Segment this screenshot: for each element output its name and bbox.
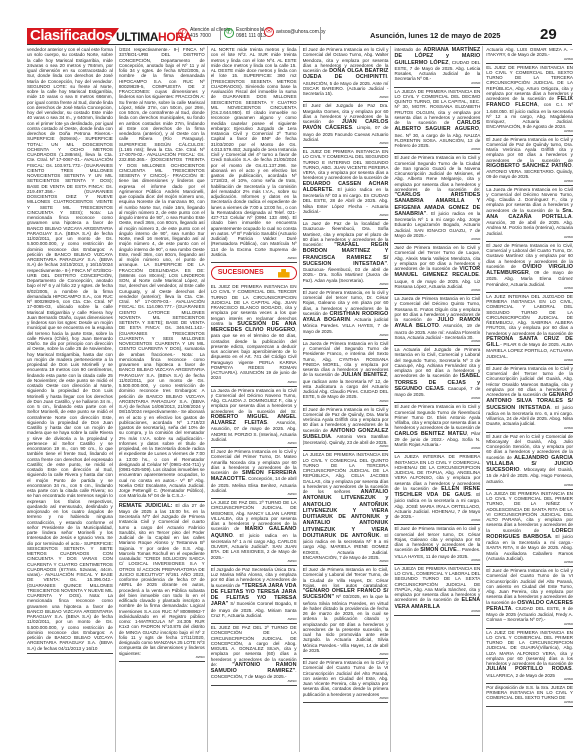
legal-notice: LA JUEZ INTERINA DEL JUZGADO DE PRIMERA … <box>486 293 573 365</box>
legal-notice: La Jueza de Primera Instancia en lo Civi… <box>303 340 389 406</box>
deceased-name: RIGOBERTO SÁNCHEZ PATIÑO <box>486 163 571 169</box>
notice-code: AVISO <box>486 359 573 362</box>
notice-text: LA JUEZA DE PRIMERA INSTANCIA EN LO CIVI… <box>303 452 389 494</box>
legal-notice: El Juez de Primera Instancia en lo Civil… <box>211 448 297 499</box>
notice-text: LA JUEZA DE PRIMERA INSTANCIA EN LO CIVI… <box>486 491 573 533</box>
notice-code: AVISO <box>486 561 573 564</box>
legal-notice: La Jueza de Primera Instancia en lo Civi… <box>394 295 480 346</box>
notice-code: AVISO <box>211 381 297 384</box>
notice-text: EL JUEZ DE PAZ DEL 2º TURNO DE CONCEPCIÓ… <box>211 625 297 667</box>
legal-notice: vendedor anterior y con el cual este for… <box>27 46 113 654</box>
legal-notice: El Juez de Paz en lo Civil y Comercial d… <box>486 433 573 490</box>
legal-notice: LA JUEZA DE PRIMERA INSTANCIA EN LO CIVI… <box>303 451 389 566</box>
notice-text: El Juez de Primera Instancia en lo Civil… <box>486 137 573 163</box>
issue-date: Asunción, lunes 12 de mayo de 2025 <box>370 31 500 40</box>
notice-code: AVISO <box>303 334 389 337</box>
legal-notice: El Juzgado de Paz Secretaría Única Dra. … <box>211 566 297 624</box>
column-3: AL NORTE mide treinta metros y linda con… <box>211 46 300 752</box>
legal-notice: REMATE JUDICIAL: El día 27 de Mayo de 20… <box>119 502 205 662</box>
legal-notice: /2024 respectivamente.- 9-) FINCA Nº 337… <box>119 46 205 502</box>
legal-notice: El Juez de Primera Instancia en lo Civil… <box>394 403 480 453</box>
notice-text: El Juez de Primera Instancia en lo Civil… <box>394 404 480 430</box>
notice-text: El día 27 de Mayo de 2025 a las 15:00 hs… <box>119 503 205 656</box>
legal-notice: El Juez de Primera Instancia en lo civil… <box>394 525 480 565</box>
notice-code: AVISO <box>303 445 389 448</box>
legal-notice: LA JUEZ DE PAZ DEL 2º TURNO DE LA CIRCUN… <box>211 499 297 566</box>
column-6: Actuario Abg. LUIS OSMAR MEZA A. – ITAKY… <box>486 46 575 752</box>
header-rule <box>27 44 572 45</box>
column-4: El Juez de Primera Instancia en lo Civil… <box>303 46 392 752</box>
notice-code: AVISO <box>211 560 297 563</box>
legal-notice: LA JUEZA DE PRIMERA INSTANCIA EN LO CIVI… <box>394 88 480 155</box>
notice-code: AVISO <box>486 287 573 290</box>
legal-notice: El Juez de Primera Instancia en lo Civil… <box>394 154 480 244</box>
notice-code: AVISO <box>486 58 573 61</box>
notice-code: AVISO <box>486 701 573 704</box>
legal-notice: EL JUEZ DE PRIMERA INSTANCIA EN LO CIVIL… <box>303 148 389 220</box>
notice-code: AVISO <box>394 148 480 151</box>
notice-code: AVISO <box>486 236 573 239</box>
legal-notice: El Juez de Primera Instancia en lo Civil… <box>303 406 389 452</box>
divider <box>260 27 261 40</box>
legal-notice: La Jueza de Primera Instancia en lo Civi… <box>486 186 573 242</box>
deceased-name: SIMON OLIVE <box>420 547 456 553</box>
notice-code: AVISO <box>394 82 480 85</box>
notice-code: AVISO <box>303 400 389 403</box>
legal-notice: LA JUEZA INTERINA DE PRIMERA INSTANCIA E… <box>394 453 480 525</box>
section-label: SUCESIONES <box>218 270 264 275</box>
deceased-name: JULIAN BENITEZ <box>341 372 387 378</box>
notice-text: LA JUEZ INTERINA DEL JUZGADO DE PRIMERA … <box>486 294 573 336</box>
notice-code: AVISO <box>303 96 389 99</box>
contact-email: ✉ avisos@uhora.com.py <box>264 27 326 37</box>
legal-notice: EL JUEZ DE PRIMERA INSTANCIA EN LO CIVIL… <box>486 64 573 136</box>
notice-code: AVISO <box>486 623 573 626</box>
notice-code: AVISO <box>211 257 297 260</box>
notice-text-tail: .- PILAR 6 de Mayo de 2025. ALBA MARIELA… <box>486 342 573 359</box>
notice-text: Por disposición de S.S. la Sra. JUEZA DE… <box>486 685 573 701</box>
notice-code: AVISO <box>394 289 480 292</box>
notice-text: intestado de <box>394 47 423 52</box>
legal-notice: El Juez de Primera Instancia en lo Civil… <box>486 136 573 186</box>
legal-notice: EL JUEZ DE PRIMERA INSTANCIA EN LO CIVIL… <box>211 283 297 387</box>
legal-notice: El Juez de Primera Instancia en lo Civil… <box>303 566 389 659</box>
whatsapp-icon: ✆ <box>224 28 234 38</box>
column-5: intestado de ADRIANA MARTÍNEZ DE LÓPEZ y… <box>394 46 483 752</box>
notice-code: AVISO <box>394 519 480 522</box>
notice-text: Actuario Abg. LUIS OSMAR MEZA A. – ITAKY… <box>486 47 573 57</box>
legal-notice: Juez de Primera Instancia en lo Civil y … <box>394 244 480 295</box>
legal-notice: Por disposición de S.S. la Sra. JUEZA DE… <box>486 684 573 707</box>
legal-notice: La Jueza de Primera Instancia en lo Civi… <box>211 387 297 449</box>
legal-notice: El Juez de Primera Instancia en lo Civil… <box>486 365 573 433</box>
legal-notice: La Juez de Paz de la localidad de Guazuc… <box>303 220 389 289</box>
notice-code: AVISO <box>303 214 389 217</box>
notice-code: AVISO <box>486 678 573 681</box>
notice-code: AVISO <box>486 180 573 183</box>
legal-notice: LA JUEZ DE PRIMERA INSTANCIA EN LO CIVIL… <box>486 629 573 684</box>
legal-notice: Actuario Abg. LUIS OSMAR MEZA A. – ITAKY… <box>486 46 573 64</box>
notice-text-tail: , para que se en el término de 60 días, … <box>211 327 297 380</box>
notice-code: AVISO <box>211 493 297 496</box>
notice-code: AVISO <box>394 238 480 241</box>
notice-code: AVISO <box>486 427 573 430</box>
page-header: Clasificados ULTIMAHORA ✆ Atención al cl… <box>0 0 580 42</box>
section-header-sucesiones: SUCESIONES <box>211 266 297 280</box>
notice-code: AVISO <box>394 340 480 343</box>
notice-text: La Jueza de Primera Instancia en lo Civi… <box>486 187 573 213</box>
notice-code: AVISO <box>394 610 480 613</box>
notice-code: AVISO <box>303 560 389 563</box>
notice-code: AVISO <box>303 142 389 145</box>
legal-notice: El Juez de Primera Instancia en lo Civil… <box>303 659 389 703</box>
legal-notice: El Juez de Primera Instancia en lo Civil… <box>303 46 389 102</box>
column-2: /2024 respectivamente.- 9-) FINCA Nº 337… <box>119 46 208 752</box>
notice-code: AVISO <box>303 283 389 286</box>
notice-text: EL JUEZ DE PRIMERA INSTANCIA EN LO CIVIL… <box>303 149 389 180</box>
notice-text: El Juez de Primera Instancia en lo Civil… <box>303 567 389 588</box>
deceased-name: JULIÁN PORTILLO RODAS <box>486 666 571 672</box>
divider <box>320 27 321 40</box>
notice-code: AVISO <box>211 680 297 683</box>
notice-code: AVISO <box>119 656 205 659</box>
notice-code: AVISO <box>303 697 389 700</box>
notice-text: /2024 respectivamente.- 9-) FINCA Nº 337… <box>119 47 205 498</box>
notice-code: AVISO <box>394 397 480 400</box>
deceased-name: CARLOS BENITEZ MATEU <box>394 431 467 437</box>
legal-notice: AL NORTE mide treinta metros y linda con… <box>211 46 297 263</box>
notice-code: AVISO <box>394 559 480 562</box>
section-title: Clasificados <box>27 28 119 44</box>
deceased-name: ANATALIO ANTONIUK LITVENEZUK y ANATOLIO … <box>303 489 389 539</box>
notice-text: LA JUEZ DE PRIMERA INSTANCIA EN LO CIVIL… <box>486 630 573 667</box>
email-icon: ✉ <box>264 27 274 37</box>
notice-code: AVISO <box>486 130 573 133</box>
notice-text-tail: Nº 03/2025, en la que la señora Silvia M… <box>303 594 389 653</box>
legal-notice: El Juez de Primera Instancia en lo Civil… <box>486 242 573 293</box>
classifieds-columns: vendedor anterior y con el cual este for… <box>27 46 575 752</box>
legal-notice: La Actuaria del Juzgado de Primera Insta… <box>394 346 480 403</box>
notice-code: AVISO <box>486 484 573 487</box>
legal-notice: El Juez de Primera Instancia, en lo civi… <box>303 289 389 340</box>
notice-code: AVISO <box>211 618 297 621</box>
legal-notice: EL JUEZ DE PAZ DEL 2º TURNO DE CONCEPCIÓ… <box>211 624 297 686</box>
divider <box>220 27 221 40</box>
notice-code: AVISO <box>303 653 389 656</box>
notice-text: El Juez de Primera Instancia en lo Civil… <box>303 660 389 697</box>
notice-text: AL NORTE mide treinta metros y linda con… <box>211 47 297 257</box>
legal-notice: intestado de ADRIANA MARTÍNEZ DE LÓPEZ y… <box>394 46 480 88</box>
notice-code: AVISO <box>394 447 480 450</box>
phone-icon: ✆ <box>178 28 188 38</box>
family-tree-icon <box>278 269 290 278</box>
notice-code: AVISO <box>211 442 297 445</box>
notice-text: La Jueza de Primera Instancia en lo Civi… <box>211 388 297 414</box>
logo-ultima: ULTIMA <box>116 30 158 44</box>
legal-notice: LA JUEZA DE PRIMERA INSTANCIA EN LO CIVI… <box>486 490 573 567</box>
notice-text: El Juez de Primera Instancia en lo Civil… <box>394 155 480 192</box>
legal-notice: El Juez de Primera Instancia en lo Civil… <box>486 567 573 629</box>
notice-heading: REMATE JUDICIAL: <box>119 503 173 509</box>
legal-notice: El Juez del Juzgado de Paz Dra. Margarit… <box>303 102 389 148</box>
page-number: 29 <box>540 26 557 43</box>
legal-notice: LA JUEZA DE PRIMERA INSTANCIA EN LO CIVI… <box>394 565 480 616</box>
notice-text: vendedor anterior y con el cual este for… <box>27 47 113 651</box>
notice-text: EL JUEZ DE PRIMERA INSTANCIA EN LO CIVIL… <box>211 284 297 326</box>
column-1: vendedor anterior y con el cual este for… <box>27 46 116 752</box>
